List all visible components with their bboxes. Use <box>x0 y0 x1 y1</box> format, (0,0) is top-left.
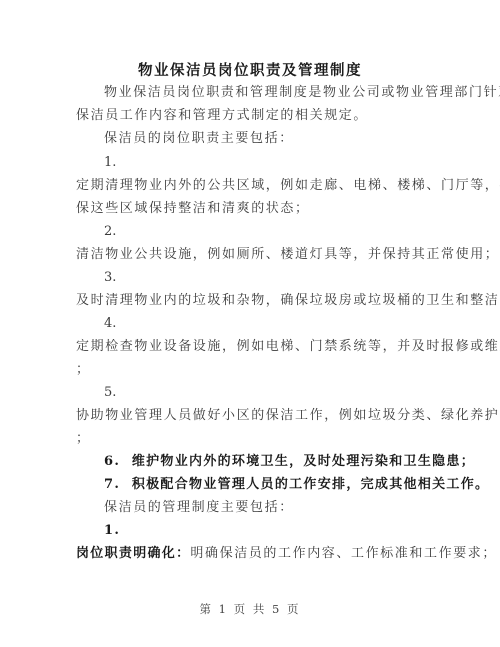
rule-1-number: 1. <box>104 523 120 539</box>
duty-4-text-line-1: 定期检查物业设备设施，例如电梯、门禁系统等，并及时报修或维护 <box>76 339 500 355</box>
duty-5-text-line-1: 协助物业管理人员做好小区的保洁工作，例如垃圾分类、绿化养护等 <box>76 408 500 424</box>
duty-6: 6. 维护物业内外的环境卫生，及时处理污染和卫生隐患； <box>104 454 475 470</box>
duty-2-text: 清洁物业公共设施，例如厕所、楼道灯具等，并保持其正常使用； <box>76 247 499 263</box>
duty-5-number: 5. <box>104 385 116 401</box>
rules-heading: 保洁员的管理制度主要包括： <box>104 500 294 516</box>
duty-7-text: 积极配合物业管理人员的工作安排，完成其他相关工作。 <box>132 477 490 492</box>
intro-paragraph-line-2: 保洁员工作内容和管理方式制定的相关规定。 <box>76 108 368 124</box>
duty-6-text: 维护物业内外的环境卫生，及时处理污染和卫生隐患； <box>132 454 475 469</box>
rule-1: 岗位职责明确化：明确保洁员的工作内容、工作标准和工作要求； <box>76 546 497 562</box>
intro-paragraph-line-1: 物业保洁员岗位职责和管理制度是物业公司或物业管理部门针对 <box>104 85 500 101</box>
duty-1-text-line-1: 定期清理物业内外的公共区域，例如走廊、电梯、楼梯、门厅等，确 <box>76 178 500 194</box>
duty-2-number: 2. <box>104 224 116 240</box>
document-page: 物业保洁员岗位职责及管理制度 物业保洁员岗位职责和管理制度是物业公司或物业管理部… <box>0 0 500 647</box>
rule-1-label: 岗位职责明确化： <box>76 546 190 561</box>
duty-6-number: 6. <box>104 454 120 469</box>
duty-4-number: 4. <box>104 316 116 332</box>
duty-4-text-line-2: ； <box>76 362 91 378</box>
duty-7: 7. 积极配合物业管理人员的工作安排，完成其他相关工作。 <box>104 477 489 493</box>
duty-3-number: 3. <box>104 270 116 286</box>
duty-1-number: 1. <box>104 155 116 171</box>
document-title: 物业保洁员岗位职责及管理制度 <box>0 59 500 80</box>
rule-1-text: 明确保洁员的工作内容、工作标准和工作要求； <box>190 546 497 561</box>
duty-5-text-line-2: ； <box>76 431 91 447</box>
duty-1-text-line-2: 保这些区域保持整洁和清爽的状态； <box>76 201 310 217</box>
duty-7-number: 7. <box>104 477 120 492</box>
duties-heading: 保洁员的岗位职责主要包括： <box>104 131 294 147</box>
duty-3-text: 及时清理物业内的垃圾和杂物，确保垃圾房或垃圾桶的卫生和整洁； <box>76 293 500 309</box>
page-indicator: 第 1 页 共 5 页 <box>0 601 500 617</box>
